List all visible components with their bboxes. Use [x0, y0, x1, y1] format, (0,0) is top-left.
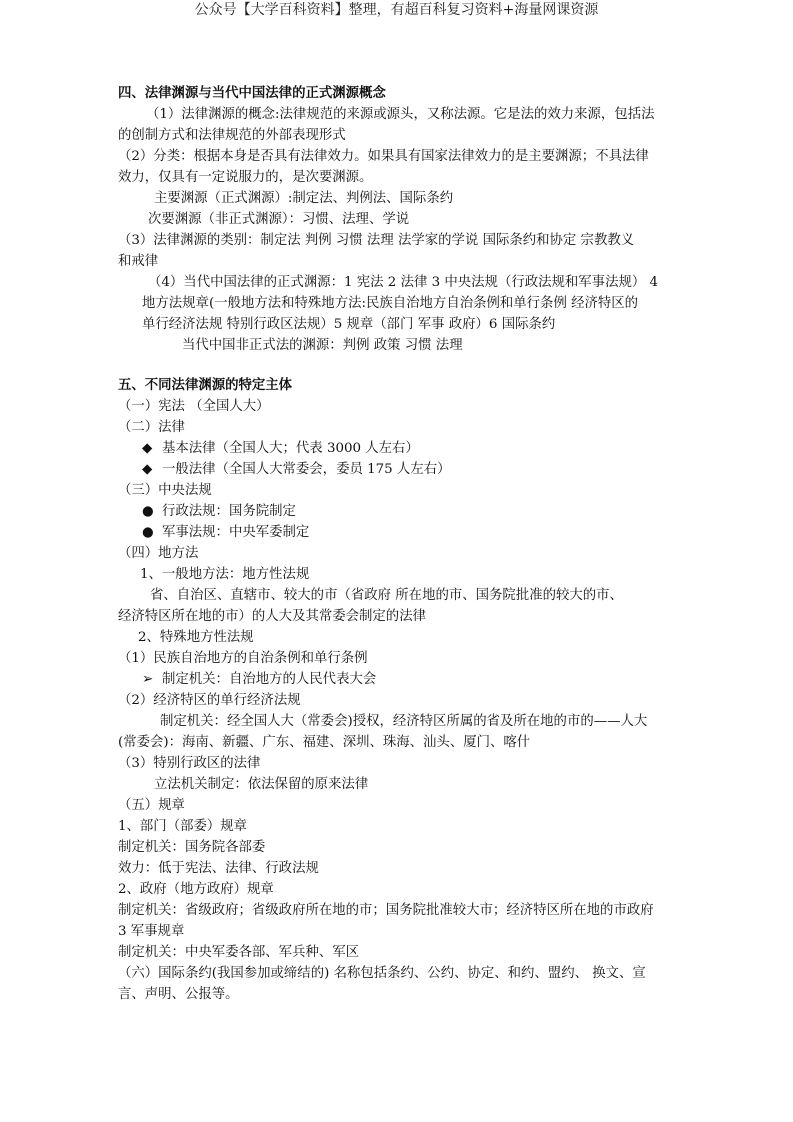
text-line: 制定机关：经全国人大（常委会)授权，经济特区所属的省及所在地的市的——人大 [160, 712, 647, 732]
text-line: ➢制定机关：自治地方的人民代表大会 [142, 670, 376, 690]
line-text: （1）民族自治地方的自治条例和单行条例 [118, 651, 368, 666]
text-line: 效力，仅具有一定说服力的，是次要渊源。 [118, 168, 372, 188]
text-line: 立法机关制定：依法保留的原来法律 [154, 775, 368, 795]
text-line: 和戒律 [118, 252, 158, 272]
line-text: 制定机关：经全国人大（常委会)授权，经济特区所属的省及所在地的市的——人大 [160, 714, 647, 729]
text-line: ●行政法规：国务院制定 [142, 502, 296, 522]
line-text: （二）法律 [118, 420, 185, 435]
line-text: (常委会)：海南、新疆、广东、福建、深圳、珠海、汕头、厦门、喀什 [118, 735, 530, 750]
section-heading: 四、法律渊源与当代中国法律的正式渊源概念 [118, 84, 386, 104]
text-line: （2）经济特区的单行经济法规 [118, 691, 301, 711]
line-text: 2、政府（地方政府）规章 [118, 882, 274, 897]
text-line: 1、一般地方法：地方性法规 [140, 565, 309, 585]
bullet-dot-icon: ● [142, 523, 162, 543]
text-line: (常委会)：海南、新疆、广东、福建、深圳、珠海、汕头、厦门、喀什 [118, 733, 530, 753]
line-text: 效力：低于宪法、法律、行政法规 [118, 861, 319, 876]
line-text: 行政法规：国务院制定 [162, 504, 296, 519]
line-text: 和戒律 [118, 254, 158, 269]
text-line: 经济特区所在地的市）的人大及其常委会制定的法律 [118, 607, 426, 627]
bullet-diamond-icon: ◆ [142, 439, 162, 459]
text-line: ●军事法规：中央军委制定 [142, 523, 309, 543]
text-line: （一）宪法 （全国人大） [118, 397, 270, 417]
text-line: （四）地方法 [118, 544, 198, 564]
text-line: （3）法律渊源的类别：制定法 判例 习惯 法理 法学家的学说 国际条约和协定 宗… [118, 231, 634, 251]
line-text: 言、声明、公报等。 [118, 987, 239, 1002]
bullet-arrow-icon: ➢ [142, 670, 162, 690]
text-line: ◆一般法律（全国人大常委会，委员 175 人左右） [142, 460, 451, 480]
line-text: 2、特殊地方性法规 [138, 630, 254, 645]
text-line: 制定机关：国务院各部委 [118, 838, 265, 858]
line-text: （五）规章 [118, 798, 185, 813]
text-line: 制定机关：中央军委各部、军兵种、军区 [118, 943, 359, 963]
line-text: 省、自治区、直辖市、较大的市（省政府 所在地的市、国务院批准的较大的市、 [150, 588, 623, 603]
line-text: 地方法规章(一般地方法和特殊地方法:民族自治地方自治条例和单行条例 经济特区的 [142, 296, 638, 311]
line-text: （1）法律渊源的概念:法律规范的来源或源头，又称法源。它是法的效力来源，包括法 [146, 107, 654, 122]
line-text: （2）分类：根据本身是否具有法律效力。如果具有国家法律效力的是主要渊源；不具法律 [118, 149, 649, 164]
text-line: 当代中国非正式法的渊源：判例 政策 习惯 法理 [182, 336, 463, 356]
line-text: 3 军事规章 [118, 924, 184, 939]
text-line: （三）中央法规 [118, 481, 212, 501]
line-text: 的创制方式和法律规范的外部表现形式 [118, 128, 346, 143]
line-text: （六）国际条约(我国参加或缔结的) 名称包括条约、公约、协定、和约、盟约、 换文… [118, 966, 646, 981]
text-line: 单行经济法规 特别行政区法规）5 规章（部门 军事 政府）6 国际条约 [142, 315, 555, 335]
line-text: 制定机关：省级政府；省级政府所在地的市；国务院批准较大市；经济特区所在地的市政府 [118, 903, 654, 918]
line-text: （2）经济特区的单行经济法规 [118, 693, 301, 708]
line-text: 效力，仅具有一定说服力的，是次要渊源。 [118, 170, 372, 185]
line-text: 四、法律渊源与当代中国法律的正式渊源概念 [118, 86, 386, 101]
text-line: （2）分类：根据本身是否具有法律效力。如果具有国家法律效力的是主要渊源；不具法律 [118, 147, 649, 167]
text-line: 制定机关：省级政府；省级政府所在地的市；国务院批准较大市；经济特区所在地的市政府 [118, 901, 654, 921]
text-line: 1、部门（部委）规章 [118, 817, 247, 837]
line-text: （三）中央法规 [118, 483, 212, 498]
text-line: （1）民族自治地方的自治条例和单行条例 [118, 649, 368, 669]
text-line: （五）规章 [118, 796, 185, 816]
text-line: 2、特殊地方性法规 [138, 628, 254, 648]
line-text: 制定机关：中央军委各部、军兵种、军区 [118, 945, 359, 960]
line-text: 1、一般地方法：地方性法规 [140, 567, 309, 582]
text-line: （六）国际条约(我国参加或缔结的) 名称包括条约、公约、协定、和约、盟约、 换文… [118, 964, 646, 984]
line-text: 次要渊源（非正式渊源）：习惯、法理、学说 [148, 212, 409, 227]
line-text: 基本法律（全国人大；代表 3000 人左右） [162, 441, 419, 456]
line-text: （四）地方法 [118, 546, 198, 561]
line-text: 一般法律（全国人大常委会，委员 175 人左右） [162, 462, 451, 477]
text-line: （4）当代中国法律的正式渊源：1 宪法 2 法律 3 中央法规（行政法规和军事法… [148, 273, 658, 293]
text-line: （二）法律 [118, 418, 185, 438]
text-line: 次要渊源（非正式渊源）：习惯、法理、学说 [148, 210, 409, 230]
line-text: 制定机关：自治地方的人民代表大会 [162, 672, 376, 687]
text-line: 的创制方式和法律规范的外部表现形式 [118, 126, 346, 146]
line-text: 军事法规：中央军委制定 [162, 525, 309, 540]
bullet-diamond-icon: ◆ [142, 460, 162, 480]
text-line: 3 军事规章 [118, 922, 184, 942]
line-text: 制定机关：国务院各部委 [118, 840, 265, 855]
line-text: 主要渊源（正式渊源）:制定法、判例法、国际条约 [154, 191, 453, 206]
line-text: 单行经济法规 特别行政区法规）5 规章（部门 军事 政府）6 国际条约 [142, 317, 555, 332]
text-line: 言、声明、公报等。 [118, 985, 239, 1005]
text-line: 地方法规章(一般地方法和特殊地方法:民族自治地方自治条例和单行条例 经济特区的 [142, 294, 638, 314]
text-line: （1）法律渊源的概念:法律规范的来源或源头，又称法源。它是法的效力来源，包括法 [146, 105, 654, 125]
line-text: 立法机关制定：依法保留的原来法律 [154, 777, 368, 792]
text-line: 省、自治区、直辖市、较大的市（省政府 所在地的市、国务院批准的较大的市、 [150, 586, 623, 606]
line-text: 五、不同法律渊源的特定主体 [118, 378, 292, 393]
line-text: （3）法律渊源的类别：制定法 判例 习惯 法理 法学家的学说 国际条约和协定 宗… [118, 233, 634, 248]
text-line: （3）特别行政区的法律 [118, 754, 260, 774]
line-text: （3）特别行政区的法律 [118, 756, 260, 771]
text-line: 主要渊源（正式渊源）:制定法、判例法、国际条约 [154, 189, 453, 209]
section-heading: 五、不同法律渊源的特定主体 [118, 376, 292, 396]
bullet-dot-icon: ● [142, 502, 162, 522]
text-line: 效力：低于宪法、法律、行政法规 [118, 859, 319, 879]
text-line: 2、政府（地方政府）规章 [118, 880, 274, 900]
line-text: 1、部门（部委）规章 [118, 819, 247, 834]
line-text: （4）当代中国法律的正式渊源：1 宪法 2 法律 3 中央法规（行政法规和军事法… [148, 275, 658, 290]
line-text: （一）宪法 （全国人大） [118, 399, 270, 414]
line-text: 经济特区所在地的市）的人大及其常委会制定的法律 [118, 609, 426, 624]
page-header-banner: 公众号【大学百科资料】整理，有超百科复习资料+海量网课资源 [0, 0, 793, 20]
text-line: ◆基本法律（全国人大；代表 3000 人左右） [142, 439, 419, 459]
line-text: 当代中国非正式法的渊源：判例 政策 习惯 法理 [182, 338, 463, 353]
